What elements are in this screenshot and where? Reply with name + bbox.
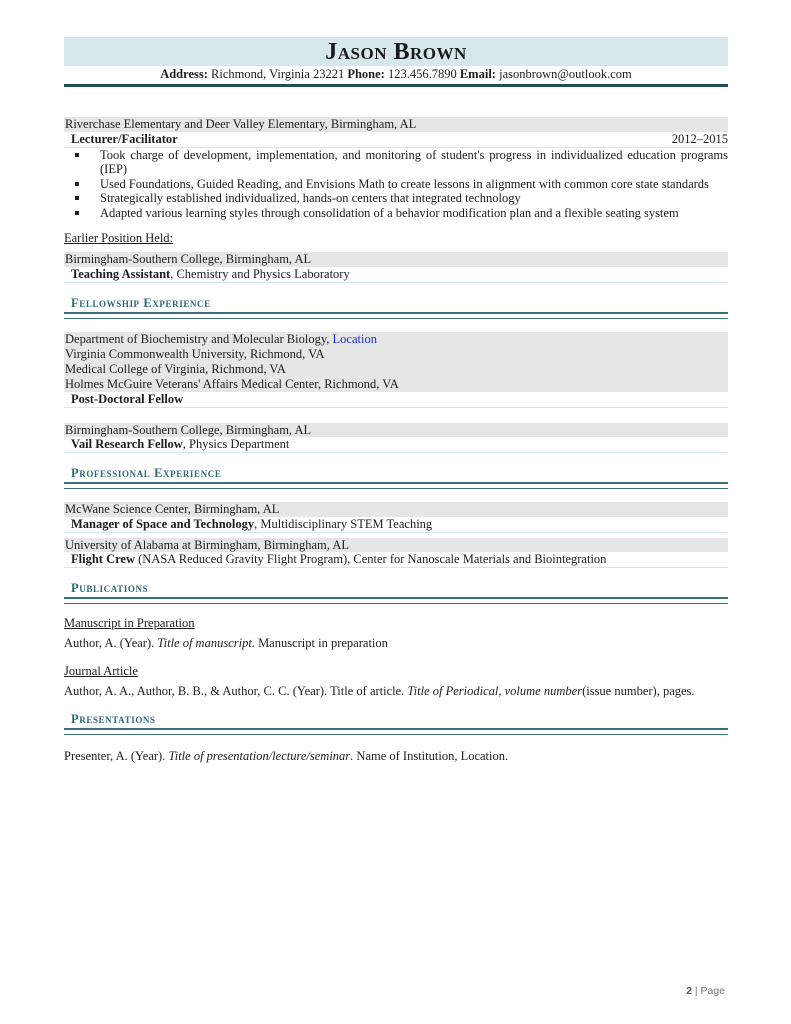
- page-label: Page: [700, 985, 725, 997]
- entry-role-row: Teaching Assistant, Chemistry and Physic…: [64, 267, 728, 283]
- section-title-publications: Publications: [64, 580, 728, 596]
- entry-role: Manager of Space and Technology: [71, 517, 254, 531]
- org-line: Medical College of Virginia, Richmond, V…: [65, 362, 728, 377]
- experience-entry: Birmingham-Southern College, Birmingham,…: [64, 423, 728, 454]
- org-line: Holmes McGuire Veterans' Affairs Medical…: [65, 377, 728, 392]
- entry-role-row: Flight Crew (NASA Reduced Gravity Flight…: [64, 552, 728, 568]
- location-link[interactable]: Location: [333, 332, 377, 346]
- entry-bullets: Took charge of development, implementati…: [64, 148, 728, 221]
- entry-organization: Birmingham-Southern College, Birmingham,…: [64, 423, 728, 438]
- entry-role: Teaching Assistant: [71, 267, 170, 281]
- journal-citation: Author, A. A., Author, B. B., & Author, …: [64, 684, 728, 699]
- entry-organization: Birmingham-Southern College, Birmingham,…: [64, 252, 728, 267]
- manuscript-citation: Author, A. (Year). Title of manuscript. …: [64, 636, 728, 651]
- entry-organization: McWane Science Center, Birmingham, AL: [64, 502, 728, 517]
- entry-detail: , Chemistry and Physics Laboratory: [170, 267, 350, 281]
- resume-page: Jason Brown Address: Richmond, Virginia …: [64, 37, 728, 764]
- section-divider: [64, 312, 728, 319]
- phone-label: Phone: [347, 67, 380, 81]
- org-line: Virginia Commonwealth University, Richmo…: [65, 347, 728, 362]
- entry-organization: University of Alabama at Birmingham, Bir…: [64, 538, 728, 553]
- entry-role: Flight Crew: [71, 552, 135, 566]
- entry-role-row: Manager of Space and Technology, Multidi…: [64, 517, 728, 533]
- entry-organization: Department of Biochemistry and Molecular…: [64, 332, 728, 392]
- org-line: Department of Biochemistry and Molecular…: [65, 332, 333, 346]
- candidate-name: Jason Brown: [325, 39, 467, 65]
- entry-role: Post-Doctoral Fellow: [71, 392, 183, 407]
- experience-entry: McWane Science Center, Birmingham, AL Ma…: [64, 502, 728, 533]
- section-title-presentations: Presentations: [64, 711, 728, 727]
- section-divider: [64, 482, 728, 489]
- section-divider: [64, 597, 728, 604]
- experience-entry: Birmingham-Southern College, Birmingham,…: [64, 252, 728, 283]
- earlier-position-heading: Earlier Position Held:: [64, 231, 728, 246]
- entry-role: Lecturer/Facilitator: [71, 132, 178, 147]
- bullet-item: Strategically established individualized…: [100, 191, 728, 206]
- address-label: Address: [160, 67, 204, 81]
- bullet-item: Took charge of development, implementati…: [100, 148, 728, 177]
- entry-dates: 2012–2015: [672, 132, 728, 147]
- email-label: Email: [460, 67, 492, 81]
- section-divider: [64, 728, 728, 735]
- page-footer: 2 | Page: [686, 985, 725, 997]
- email-value[interactable]: jasonbrown@outlook.com: [499, 67, 632, 81]
- manuscript-heading: Manuscript in Preparation: [64, 616, 728, 631]
- entry-detail: , Physics Department: [183, 437, 290, 451]
- section-title-fellowship: Fellowship Experience: [64, 295, 728, 311]
- section-title-professional: Professional Experience: [64, 465, 728, 481]
- entry-role: Vail Research Fellow: [71, 437, 183, 451]
- journal-heading: Journal Article: [64, 664, 728, 679]
- experience-entry: University of Alabama at Birmingham, Bir…: [64, 538, 728, 569]
- entry-organization: Riverchase Elementary and Deer Valley El…: [64, 117, 728, 132]
- phone-value: 123.456.7890: [388, 67, 457, 81]
- contact-line: Address: Richmond, Virginia 23221 Phone:…: [64, 66, 728, 83]
- entry-detail: (NASA Reduced Gravity Flight Program), C…: [135, 552, 606, 566]
- bullet-item: Used Foundations, Guided Reading, and En…: [100, 177, 728, 192]
- experience-entry: Riverchase Elementary and Deer Valley El…: [64, 117, 728, 220]
- presentation-citation: Presenter, A. (Year). Title of presentat…: [64, 749, 728, 764]
- entry-role-row: Lecturer/Facilitator 2012–2015: [64, 132, 728, 148]
- bullet-item: Adapted various learning styles through …: [100, 206, 728, 221]
- entry-role-row: Vail Research Fellow, Physics Department: [64, 437, 728, 453]
- entry-detail: , Multidisciplinary STEM Teaching: [254, 517, 432, 531]
- experience-entry: Department of Biochemistry and Molecular…: [64, 332, 728, 408]
- entry-role-row: Post-Doctoral Fellow: [64, 392, 728, 408]
- name-banner: Jason Brown: [64, 37, 728, 66]
- address-value: Richmond, Virginia 23221: [211, 67, 344, 81]
